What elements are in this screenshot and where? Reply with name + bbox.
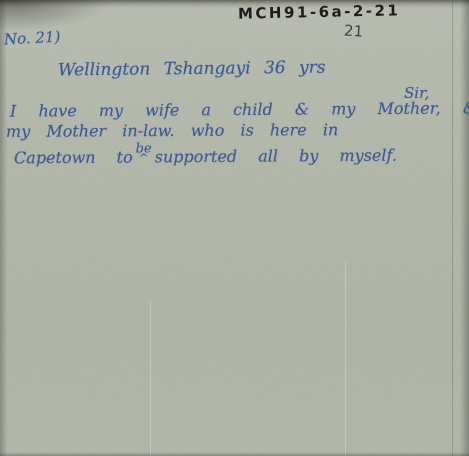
fold-crease xyxy=(345,260,346,456)
page-number: 21 xyxy=(343,21,363,40)
caret-insertion-icon: ^ xyxy=(139,152,148,163)
scanned-letter-page: MCH91-6a-2-21 21 No. 21) Wellington Tsha… xyxy=(0,0,469,456)
body-line-2: my Mother in-law. who is here in xyxy=(6,120,338,141)
insertion-group: be^ xyxy=(136,147,152,166)
body-line-1: I have my wife a child & my Mother, & xyxy=(10,98,469,120)
letter-heading: Wellington Tshangayi 36 yrs xyxy=(58,58,326,81)
body-line-3-start: Capetown to xyxy=(14,148,133,168)
body-line-3-end: supported all by myself. xyxy=(155,146,397,167)
paper-margin-line xyxy=(452,0,453,456)
archive-code: MCH91-6a-2-21 xyxy=(238,1,401,22)
fold-crease xyxy=(150,300,151,456)
body-line-3: Capetown tobe^supported all by myself. xyxy=(14,146,397,168)
folio-number: No. 21) xyxy=(4,28,61,49)
